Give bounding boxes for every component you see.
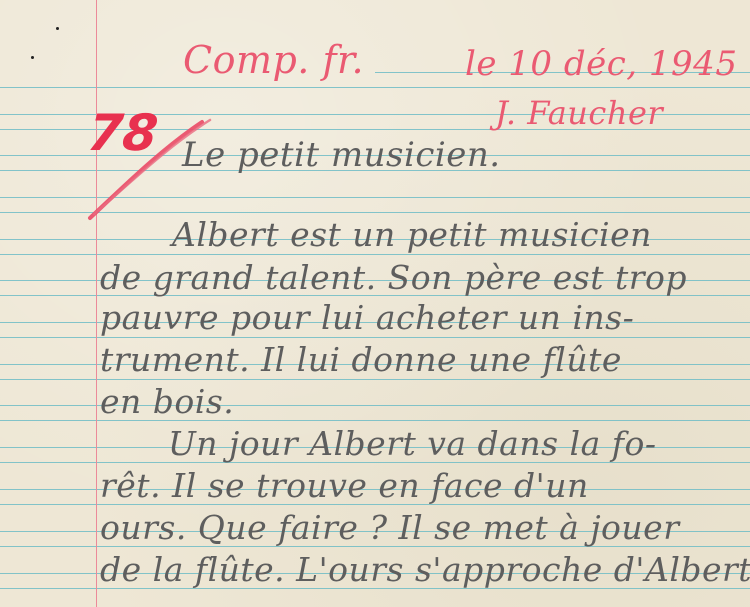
body-line: trument. Il lui donne une flûte [100, 340, 622, 379]
body-line: pauvre pour lui acheter un ins- [100, 298, 634, 337]
body-line: rêt. Il se trouve en face d'un [100, 466, 589, 505]
rule-line [0, 254, 750, 255]
body-line: Un jour Albert va dans la fo- [168, 424, 656, 463]
date-label: le 10 déc, 1945 [465, 44, 737, 84]
margin-line [96, 0, 97, 607]
binder-dot [31, 56, 34, 59]
body-line: de la flûte. L'ours s'approche d'Albert [100, 550, 750, 589]
rule-line [0, 337, 750, 338]
composition-title: Le petit musicien. [182, 135, 501, 175]
rule-line [0, 87, 750, 88]
subject-label: Comp. fr. [183, 38, 364, 82]
notebook-page: Comp. fr. le 10 déc, 1945 J. Faucher 78 … [0, 0, 750, 607]
student-name: J. Faucher [495, 94, 663, 132]
body-line: Albert est un petit musicien [172, 215, 652, 254]
body-line: en bois. [100, 382, 234, 421]
binder-dot [56, 27, 59, 30]
body-line: ours. Que faire ? Il se met à jouer [100, 508, 679, 547]
rule-line [0, 379, 750, 380]
body-line: de grand talent. Son père est trop [100, 258, 687, 297]
